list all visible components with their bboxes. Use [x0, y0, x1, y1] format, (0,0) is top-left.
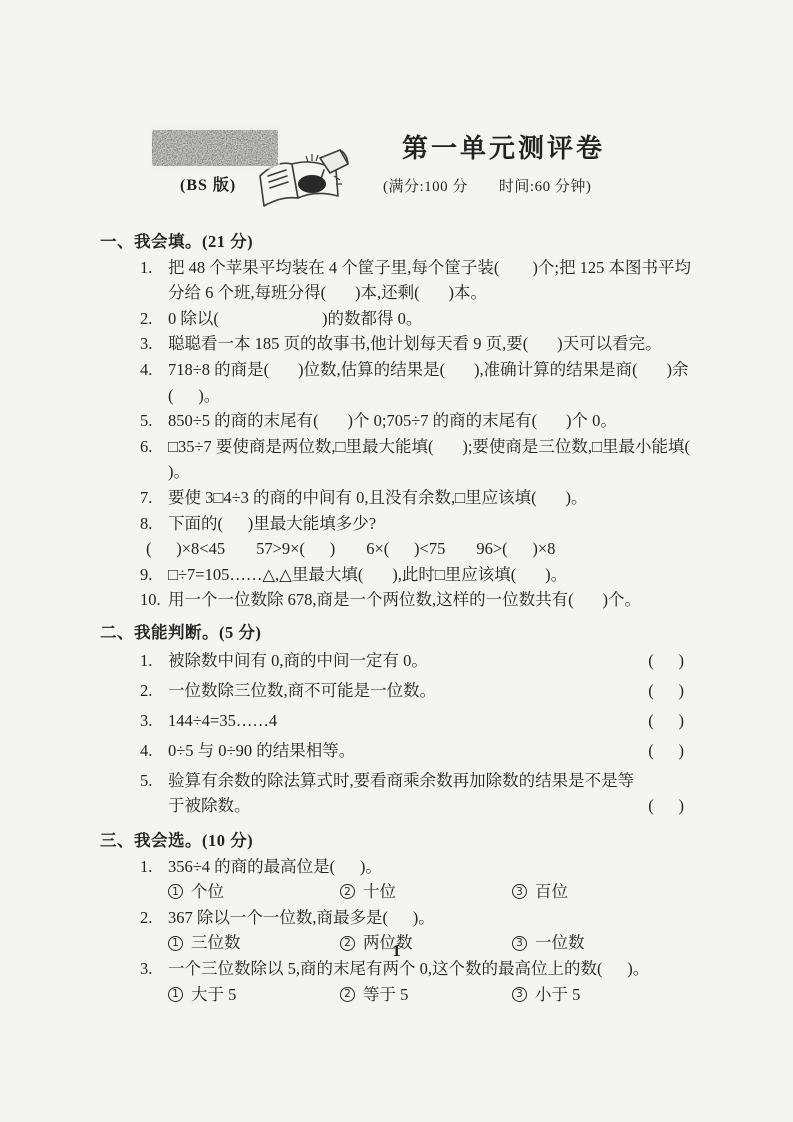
circled-number-icon: 1 [168, 884, 183, 899]
item-number: 1. [140, 854, 168, 880]
item-number: 8. [140, 511, 168, 537]
answer-blank: ( ) [638, 708, 684, 734]
test-body: 一、我会填。(21 分) 1. 把 48 个苹果平均装在 4 个筐子里,每个筐子… [100, 229, 694, 1007]
item-text: 一位数除三位数,商不可能是一位数。 [168, 678, 638, 704]
score-time-subtitle: (满分:100 分 时间:60 分钟) [383, 175, 591, 196]
item-text: □35÷7 要使商是两位数,□里最大能填( );要使商是三位数,□里最小能填( … [168, 434, 694, 485]
item-text: 367 除以一个一位数,商最多是( )。 [168, 905, 694, 931]
fill-item-10: 10. 用一个一位数除 678,商是一个两位数,这样的一位数共有( )个。 [100, 587, 694, 613]
fill-item-1: 1. 把 48 个苹果平均装在 4 个筐子里,每个筐子装( )个;把 125 本… [100, 255, 694, 306]
fill-item-8: 8. 下面的( )里最大能填多少? [100, 511, 694, 537]
circled-number-icon: 2 [340, 884, 355, 899]
option-1: 1个位 [168, 879, 340, 905]
item-number: 6. [140, 434, 168, 460]
item-text: 把 48 个苹果平均装在 4 个筐子里,每个筐子装( )个;把 125 本图书平… [168, 255, 694, 306]
expression: 96>( )×8 [476, 536, 555, 562]
item-number: 1. [140, 648, 168, 674]
option-label: 十位 [363, 879, 396, 905]
item-text: 被除数中间有 0,商的中间一定有 0。 [168, 648, 638, 674]
item-text: 要使 3□4÷3 的商的中间有 0,且没有余数,□里应该填( )。 [168, 485, 694, 511]
item-text: 聪聪看一本 185 页的故事书,他计划每天看 9 页,要( )天可以看完。 [168, 331, 694, 357]
fill-item-2: 2. 0 除以( )的数都得 0。 [100, 306, 694, 332]
choice-item-3-options: 1大于 5 2等于 5 3小于 5 [100, 982, 694, 1008]
section-fill-heading: 一、我会填。(21 分) [100, 229, 694, 255]
option-label: 大于 5 [191, 982, 236, 1008]
page-title: 第一单元测评卷 [402, 128, 605, 165]
item-number: 3. [140, 331, 168, 357]
judge-item-4: 4. 0÷5 与 0÷90 的结果相等。 ( ) [100, 735, 694, 765]
option-label: 小于 5 [535, 982, 580, 1008]
option-label: 百位 [535, 879, 568, 905]
expression: ( )×8<45 [146, 536, 225, 562]
option-1: 1大于 5 [168, 982, 340, 1008]
section-judge-heading: 二、我能判断。(5 分) [100, 620, 694, 646]
item-text: 下面的( )里最大能填多少? [168, 511, 694, 537]
answer-blank: ( ) [638, 648, 684, 674]
circled-number-icon: 1 [168, 987, 183, 1002]
choice-item-2: 2. 367 除以一个一位数,商最多是( )。 [100, 905, 694, 931]
expression: 57>9×( ) [256, 536, 335, 562]
item-text: 0 除以( )的数都得 0。 [168, 306, 694, 332]
fill-item-9: 9. □÷7=105……△,△里最大填( ),此时□里应该填( )。 [100, 562, 694, 588]
choice-item-1: 1. 356÷4 的商的最高位是( )。 [100, 854, 694, 880]
redacted-logo-noise-block [150, 127, 280, 169]
fill-item-5: 5. 850÷5 的商的末尾有( )个 0;705÷7 的商的末尾有( )个 0… [100, 408, 694, 434]
item-number: 4. [140, 357, 168, 383]
circled-number-icon: 2 [340, 987, 355, 1002]
item-number: 3. [140, 708, 168, 734]
fill-item-4: 4. 718÷8 的商是( )位数,估算的结果是( ),准确计算的结果是商( )… [100, 357, 694, 408]
item-text: 0÷5 与 0÷90 的结果相等。 [168, 738, 638, 764]
edition-label: (BS 版) [180, 172, 236, 195]
item-number: 1. [140, 255, 168, 281]
judge-item-1: 1. 被除数中间有 0,商的中间一定有 0。 ( ) [100, 646, 694, 676]
option-2: 2十位 [340, 879, 512, 905]
fill-item-7: 7. 要使 3□4÷3 的商的中间有 0,且没有余数,□里应该填( )。 [100, 485, 694, 511]
option-3: 3小于 5 [512, 982, 580, 1008]
item-number: 2. [140, 306, 168, 332]
judge-item-5: 5. 验算有余数的除法算式时,要看商乘余数再加除数的结果是不是等于被除数。 ( … [100, 765, 694, 821]
section-choice-heading: 三、我会选。(10 分) [100, 828, 694, 854]
item-number: 10. [140, 587, 168, 613]
circled-number-icon: 3 [512, 987, 527, 1002]
item-text: 718÷8 的商是( )位数,估算的结果是( ),准确计算的结果是商( )余( … [168, 357, 694, 408]
item-number: 2. [140, 905, 168, 931]
option-2: 2等于 5 [340, 982, 512, 1008]
page-number: 1 [0, 941, 793, 961]
answer-blank: ( ) [638, 738, 684, 764]
fill-item-3: 3. 聪聪看一本 185 页的故事书,他计划每天看 9 页,要( )天可以看完。 [100, 331, 694, 357]
judge-item-3: 3. 144÷4=35……4 ( ) [100, 705, 694, 735]
item-text: 144÷4=35……4 [168, 708, 638, 734]
choice-item-1-options: 1个位 2十位 3百位 [100, 879, 694, 905]
item-text: 356÷4 的商的最高位是( )。 [168, 854, 694, 880]
item-text: 验算有余数的除法算式时,要看商乘余数再加除数的结果是不是等于被除数。 [168, 768, 638, 819]
fill-item-8-expressions: ( )×8<45 57>9×( ) 6×( )<75 96>( )×8 [100, 536, 694, 562]
item-number: 5. [140, 768, 168, 794]
item-number: 2. [140, 678, 168, 704]
answer-blank: ( ) [638, 678, 684, 704]
option-label: 等于 5 [363, 982, 408, 1008]
item-number: 7. [140, 485, 168, 511]
item-number: 9. [140, 562, 168, 588]
fill-item-6: 6. □35÷7 要使商是两位数,□里最大能填( );要使商是三位数,□里最小能… [100, 434, 694, 485]
item-text: 用一个一位数除 678,商是一个两位数,这样的一位数共有( )个。 [168, 587, 694, 613]
scanned-test-paper: { "header": { "edition": "(BS 版)", "titl… [0, 0, 793, 1122]
answer-blank: ( ) [638, 793, 684, 819]
judge-item-2: 2. 一位数除三位数,商不可能是一位数。 ( ) [100, 675, 694, 705]
item-text: 850÷5 的商的末尾有( )个 0;705÷7 的商的末尾有( )个 0。 [168, 408, 694, 434]
expression: 6×( )<75 [366, 536, 445, 562]
item-number: 5. [140, 408, 168, 434]
option-label: 个位 [191, 879, 224, 905]
circled-number-icon: 3 [512, 884, 527, 899]
option-3: 3百位 [512, 879, 568, 905]
item-text: □÷7=105……△,△里最大填( ),此时□里应该填( )。 [168, 562, 694, 588]
item-number: 4. [140, 738, 168, 764]
